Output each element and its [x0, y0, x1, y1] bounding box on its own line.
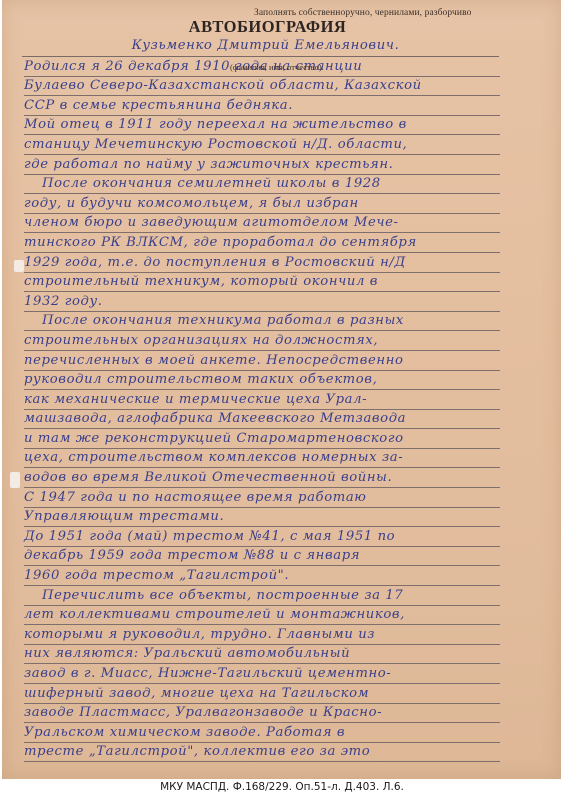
text-line: строительных организациях на должностях,: [24, 331, 500, 351]
handwritten-line: Мой отец в 1911 году переехал на жительс…: [24, 117, 407, 133]
text-line: Булаево Северо-Казахстанской области, Ка…: [24, 77, 500, 97]
text-line: 1929 года, т.е. до поступления в Ростовс…: [24, 253, 500, 273]
text-line: После окончания техникума работал в разн…: [24, 312, 500, 332]
handwritten-text-body: Родился я 26 декабря 1910 года на станци…: [24, 57, 500, 762]
handwritten-line: станицу Мечетинскую Ростовской н/Д. обла…: [24, 137, 407, 153]
text-line: водов во время Великой Отечественной вой…: [24, 468, 500, 488]
text-line: руководил строительством таких объектов,: [24, 371, 500, 391]
text-line: шиферный завод, многие цеха на Тагильско…: [24, 684, 500, 704]
handwritten-line: Булаево Северо-Казахстанской области, Ка…: [24, 78, 422, 94]
handwritten-line: После окончания семилетней школы в 1928: [42, 176, 381, 192]
text-line: Управляющим трестами.: [24, 508, 500, 528]
text-line: станицу Мечетинскую Ростовской н/Д. обла…: [24, 135, 500, 155]
handwritten-line: тинского РК ВЛКСМ, где проработал до сен…: [24, 235, 417, 251]
handwritten-line: ССР в семье крестьянина бедняка.: [24, 98, 293, 114]
handwritten-line: строительных организациях на должностях,: [24, 333, 378, 349]
text-line: цеха, строительством комплексов номерных…: [24, 449, 500, 469]
text-line: 1960 года трестом „Тагилстрой".: [24, 566, 500, 586]
handwritten-line: как механические и термические цеха Урал…: [24, 392, 367, 408]
autobiography-page: Заполнять собственноручно, чернилами, ра…: [2, 0, 561, 779]
handwritten-line: и там же реконструкцией Старомартеновско…: [24, 431, 404, 447]
handwritten-line: 1932 году.: [24, 294, 103, 310]
archive-caption: МКУ МАСПД. Ф.168/229. Оп.51-л. Д.403. Л.…: [0, 781, 564, 793]
text-line: ССР в семье крестьянина бедняка.: [24, 96, 500, 116]
handwritten-line: цеха, строительством комплексов номерных…: [24, 450, 403, 466]
handwritten-line: Перечислить все объекты, построенные за …: [42, 588, 403, 604]
text-line: тресте „Тагилстрой", коллектив его за эт…: [24, 743, 500, 763]
handwritten-line: машзавода, аглофабрика Макеевского Метза…: [24, 411, 406, 427]
handwritten-line: До 1951 года (май) трестом №41, с мая 19…: [24, 529, 395, 545]
text-line: машзавода, аглофабрика Макеевского Метза…: [24, 410, 500, 430]
text-line: перечисленных в моей анкете. Непосредств…: [24, 351, 500, 371]
paper-tear-mark: [10, 472, 20, 488]
handwritten-line: них являются: Уральский автомобильный: [24, 646, 350, 662]
text-line: году, и будучи комсомольцем, я был избра…: [24, 194, 500, 214]
text-line: строительный техникум, который окончил в: [24, 273, 500, 293]
handwritten-line: тресте „Тагилстрой", коллектив его за эт…: [24, 744, 370, 760]
text-line: которыми я руководил, трудно. Главными и…: [24, 625, 500, 645]
text-line: тинского РК ВЛКСМ, где проработал до сен…: [24, 233, 500, 253]
handwritten-line: С 1947 года и по настоящее время работаю: [24, 490, 367, 506]
text-line: После окончания семилетней школы в 1928: [24, 175, 500, 195]
handwritten-line: 1929 года, т.е. до поступления в Ростовс…: [24, 255, 406, 271]
handwritten-line: Уральском химическом заводе. Работая в: [24, 725, 345, 741]
text-line: завод в г. Миасс, Нижне-Тагильский цемен…: [24, 664, 500, 684]
text-line: и там же реконструкцией Старомартеновско…: [24, 429, 500, 449]
handwritten-line: где работал по найму у зажиточных кресть…: [24, 157, 393, 173]
text-line: С 1947 года и по настоящее время работаю: [24, 488, 500, 508]
text-line: 1932 году.: [24, 292, 500, 312]
handwritten-line: руководил строительством таких объектов,: [24, 372, 377, 388]
handwritten-line: строительный техникум, который окончил в: [24, 274, 378, 290]
handwritten-line: заводе Пластмасс, Уралвагонзаводе и Крас…: [24, 705, 382, 721]
text-line: заводе Пластмасс, Уралвагонзаводе и Крас…: [24, 704, 500, 724]
handwritten-line: лет коллективами строителей и монтажнико…: [24, 607, 405, 623]
handwritten-line: которыми я руководил, трудно. Главными и…: [24, 627, 375, 643]
handwritten-line: завод в г. Миасс, Нижне-Тагильский цемен…: [24, 666, 391, 682]
handwritten-line: 1960 года трестом „Тагилстрой".: [24, 568, 289, 584]
handwritten-line: членом бюро и заведующим агитотделом Меч…: [24, 215, 399, 231]
handwritten-line: декабрь 1959 года трестом №88 и с января: [24, 548, 360, 564]
text-line: как механические и термические цеха Урал…: [24, 390, 500, 410]
handwritten-line: перечисленных в моей анкете. Непосредств…: [24, 353, 404, 369]
text-line: Перечислить все объекты, построенные за …: [24, 586, 500, 606]
document-title: АВТОБИОГРАФИЯ: [2, 17, 561, 37]
text-line: где работал по найму у зажиточных кресть…: [24, 155, 500, 175]
handwritten-line: водов во время Великой Отечественной вой…: [24, 470, 392, 486]
text-line: них являются: Уральский автомобильный: [24, 645, 500, 665]
handwritten-line: шиферный завод, многие цеха на Тагильско…: [24, 686, 369, 702]
fio-label: (фамилия, имя, отчество): [230, 62, 322, 72]
handwritten-line: Управляющим трестами.: [24, 509, 224, 525]
text-line: Уральском химическом заводе. Работая в: [24, 723, 500, 743]
handwritten-line: После окончания техникума работал в разн…: [42, 313, 404, 329]
paper-tear-mark: [14, 260, 24, 272]
text-line: До 1951 года (май) трестом №41, с мая 19…: [24, 527, 500, 547]
text-line: членом бюро и заведующим агитотделом Меч…: [24, 214, 500, 234]
name-field: Кузьменко Дмитрий Емельянович.: [22, 36, 499, 57]
text-line: лет коллективами строителей и монтажнико…: [24, 606, 500, 626]
text-line: декабрь 1959 года трестом №88 и с января: [24, 547, 500, 567]
text-line: Мой отец в 1911 году переехал на жительс…: [24, 116, 500, 136]
handwritten-line: году, и будучи комсомольцем, я был избра…: [24, 196, 359, 212]
document-title-text: АВТОБИОГРАФИЯ: [189, 17, 347, 37]
full-name: Кузьменко Дмитрий Емельянович.: [132, 36, 400, 56]
